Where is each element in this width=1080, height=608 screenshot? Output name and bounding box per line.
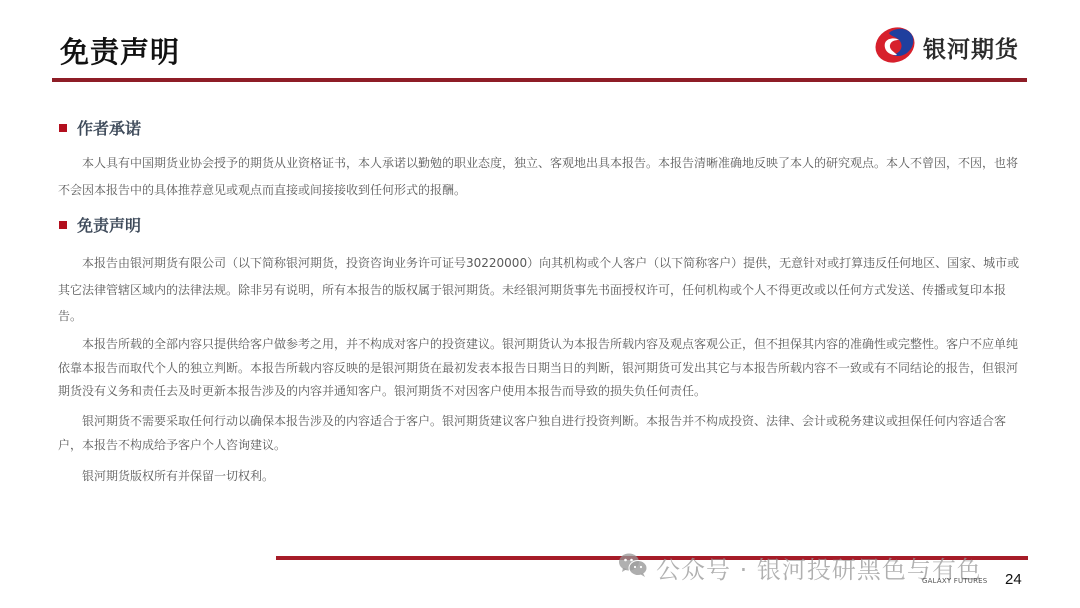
square-bullet-icon [59,124,67,132]
section-title: 免责声明 [77,213,141,236]
disclaimer-paragraph-4: 银河期货版权所有并保留一切权利。 [58,466,1020,486]
disclaimer-paragraph-3: 银河期货不需要采取任何行动以确保本报告涉及的内容适合于客户。银河期货建议客户独自… [58,410,1020,457]
wechat-icon [618,551,656,585]
galaxy-futures-logo-icon [873,25,917,69]
page-title: 免责声明 [60,30,180,71]
section-title: 作者承诺 [77,116,141,139]
company-logo: 银河期货 [873,27,1019,67]
author-commitment-paragraph: 本人具有中国期货业协会授予的期货从业资格证书，本人承诺以勤勉的职业态度，独立、客… [58,150,1020,203]
page-number: 24 [1005,571,1022,588]
section-heading-author-commitment: 作者承诺 [59,116,141,139]
disclaimer-paragraph-2: 本报告所载的全部内容只提供给客户做参考之用，并不构成对客户的投资建议。银河期货认… [58,333,1020,404]
footer-brand: GALAXY FUTURES [922,577,987,585]
disclaimer-paragraph-1: 本报告由银河期货有限公司（以下简称银河期货，投资咨询业务许可证号30220000… [58,250,1020,330]
section-heading-disclaimer: 免责声明 [59,213,141,236]
logo-text: 银河期货 [923,31,1019,64]
header-divider [52,78,1027,82]
square-bullet-icon [59,221,67,229]
